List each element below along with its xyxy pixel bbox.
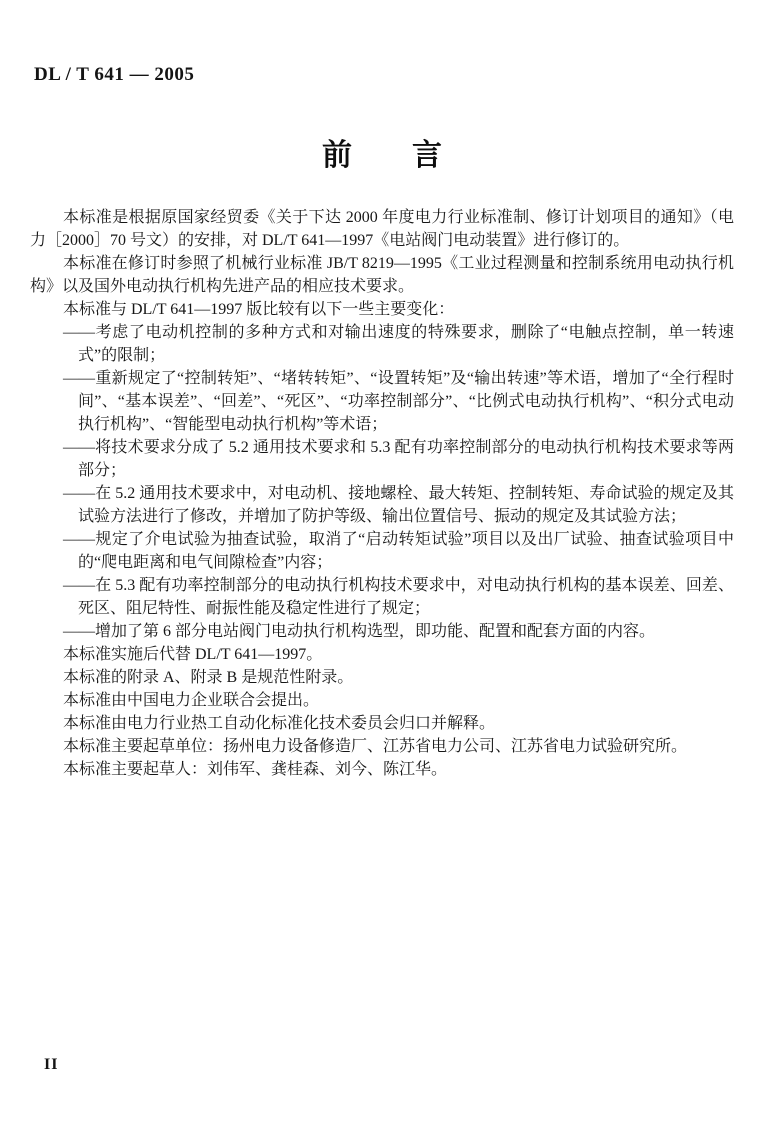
change-list-item: ——在 5.2 通用技术要求中，对电动机、接地螺栓、最大转矩、控制转矩、寿命试验… — [30, 482, 734, 528]
document-page: DL / T 641 — 2005 前 言 本标准是根据原国家经贸委《关于下达 … — [0, 0, 764, 1122]
paragraph: 本标准实施后代替 DL/T 641—1997。 — [30, 643, 734, 666]
change-list-item: ——在 5.3 配有功率控制部分的电动执行机构技术要求中，对电动执行机构的基本误… — [30, 574, 734, 620]
change-list-item: ——增加了第 6 部分电站阀门电动执行机构选型，即功能、配置和配套方面的内容。 — [30, 620, 734, 643]
page-number: II — [44, 1056, 58, 1074]
paragraph: 本标准是根据原国家经贸委《关于下达 2000 年度电力行业标准制、修订计划项目的… — [30, 206, 734, 252]
change-list-item: ——考虑了电动机控制的多种方式和对输出速度的特殊要求，删除了“电触点控制，单一转… — [30, 321, 734, 367]
change-list-item: ——将技术要求分成了 5.2 通用技术要求和 5.3 配有功率控制部分的电动执行… — [30, 436, 734, 482]
change-list-item: ——重新规定了“控制转矩”、“堵转转矩”、“设置转矩”及“输出转速”等术语，增加… — [30, 367, 734, 436]
paragraph: 本标准在修订时参照了机械行业标准 JB/T 8219—1995《工业过程测量和控… — [30, 252, 734, 298]
page-title: 前 言 — [0, 130, 764, 174]
paragraph: 本标准由中国电力企业联合会提出。 — [30, 689, 734, 712]
standard-number: DL / T 641 — 2005 — [34, 64, 194, 86]
paragraph: 本标准与 DL/T 641—1997 版比较有以下一些主要变化： — [30, 298, 734, 321]
paragraph: 本标准的附录 A、附录 B 是规范性附录。 — [30, 666, 734, 689]
paragraph: 本标准主要起草单位：扬州电力设备修造厂、江苏省电力公司、江苏省电力试验研究所。 — [30, 735, 734, 758]
paragraph: 本标准由电力行业热工自动化标准化技术委员会归口并解释。 — [30, 712, 734, 735]
change-list-item: ——规定了介电试验为抽查试验，取消了“启动转矩试验”项目以及出厂试验、抽查试验项… — [30, 528, 734, 574]
paragraph: 本标准主要起草人：刘伟军、龚桂森、刘今、陈江华。 — [30, 758, 734, 781]
foreword-body: 本标准是根据原国家经贸委《关于下达 2000 年度电力行业标准制、修订计划项目的… — [30, 206, 734, 781]
